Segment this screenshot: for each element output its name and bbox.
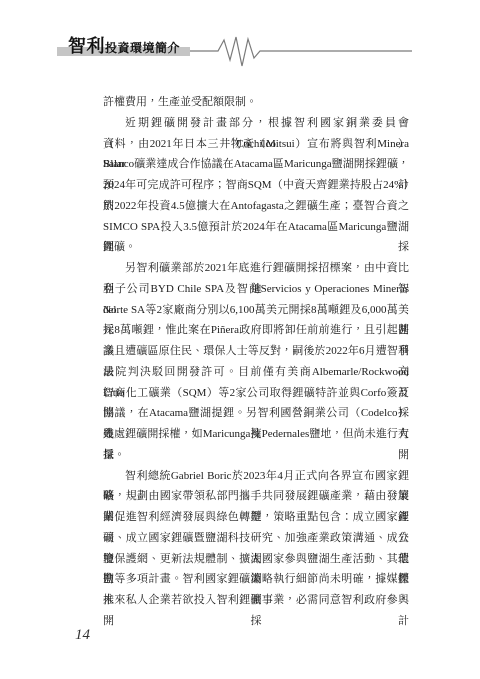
body-line: 議且遭礦區原住民、環保人士等反對，嗣後於2022年6月遭智利最高 (103, 341, 409, 362)
body-line: 採8萬噸鋰，惟此案在Piñera政府即將卸任前前進行，且引起甚多爭 (103, 320, 409, 341)
body-line: 勘等多項計畫。智利國家鋰礦策略執行細節尚未明確，據媒體推測， (103, 569, 409, 590)
body-line: 近期鋰礦開發計畫部分，根據智利國家銅業委員會（Cochilco） (103, 113, 409, 134)
body-line: 於2022年投資4.5億擴大在Antofagasta之鋰礦生產；臺智合資之 (103, 196, 409, 217)
body-line: 智商化工礦業（SQM）等2家公司取得鋰礦特許並與Corfo簽訂開採 (103, 383, 409, 404)
body-line: 境保護網、更新法規體制、擴大國家參與鹽湖生產活動、其他鹽湖探 (103, 549, 409, 570)
header-title-sub: 投資環境簡介 (105, 41, 180, 56)
pulse-zigzag-icon (190, 32, 412, 76)
header-title-main: 智利 (68, 37, 105, 56)
body-line: 協議，在Atacama鹽湖提鋰。另智利國營銅業公司（Codelco）雖擁有 (103, 403, 409, 424)
body-line: 幾處鋰礦開採權，如Maricunga及Pedernales鹽地，但尚未進行大量開 (103, 424, 409, 445)
body-line: 司、成立國家鋰礦暨鹽湖科技研究、加強產業政策溝通、成立鹽湖環 (103, 528, 409, 549)
body-line: Norte SA等2家廠商分別以6,100萬美元開採8萬噸鋰及6,000萬美元開 (103, 300, 409, 321)
body-line: 資料，由2021年日本三井物產（Mitsui）宣布將與智利Minera Sala… (103, 134, 409, 155)
body-line: 許權費用，生產並受配額限制。 (103, 92, 409, 113)
body-line: Blanco礦業達成合作協議在Atacama區Maricunga鹽湖開採鋰礦，預… (103, 154, 409, 175)
page-number: 14 (75, 627, 90, 644)
body-line: 未來私人企業若欲投入智利鋰礦事業，必需同意智利政府參與開採計 (103, 590, 409, 611)
body-line: 另智利礦業部於2021年底進行鋰礦開採招標案，由中資比亞迪智 (103, 258, 409, 279)
body-line: 法院判決駁回開發許可。目前僅有美商Albemarle/Rockwood Liti… (103, 362, 409, 383)
body-line: 智利總統Gabriel Boric於2023年4月正式向各界宣布國家鋰礦策 (103, 466, 409, 487)
body-line: 2024年可完成許可程序；智商SQM（中資天齊鋰業持股占24%）則 (103, 175, 409, 196)
body-line: 略，規劃由國家帶領私部門攜手共同發展鋰礦產業，藉由發展關鍵產 (103, 486, 409, 507)
body-line: 利子公司BYD Chile SPA及智商Servicios y Operacio… (103, 279, 409, 300)
page-header-title: 智利投資環境簡介 (68, 36, 180, 56)
body-line: 業促進智利經濟發展與綠色轉型，策略重點包含：成立國家鋰礦公 (103, 507, 409, 528)
document-page: 智利投資環境簡介 許權費用，生產並受配額限制。近期鋰礦開發計畫部分，根據智利國家… (0, 0, 480, 679)
body-line: SIMCO SPA投入3.5億預計於2024年在Atacama區Maricung… (103, 217, 409, 238)
body-text: 許權費用，生產並受配額限制。近期鋰礦開發計畫部分，根據智利國家銅業委員會（Coc… (103, 92, 409, 611)
